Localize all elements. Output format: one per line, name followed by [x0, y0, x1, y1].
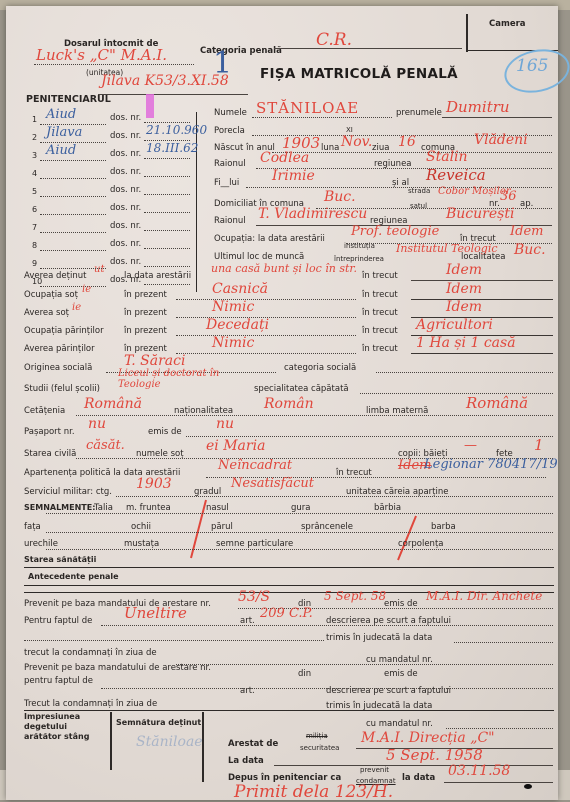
penitentiary-line	[40, 160, 106, 161]
la-data-value: 5 Sept. 1958	[386, 746, 483, 764]
ocupatia-parinti-label: Ocupația părinților	[24, 326, 104, 336]
porecla-label: Porecla	[214, 126, 245, 136]
sanatate-rule	[24, 567, 554, 568]
averea-sot-trecut-label: în trecut	[362, 308, 398, 318]
arestat-de-value: M.A.I. Direcția „C"	[361, 730, 495, 746]
arestat-label: Arestat de	[228, 739, 278, 749]
dos-nr-line	[144, 266, 190, 267]
raionul-value: Codlea	[260, 150, 309, 166]
penitentiary-line	[40, 214, 106, 215]
penitentiary-number: 6	[32, 205, 37, 214]
penitentiary-line	[40, 286, 106, 287]
depus-data-label: la data	[402, 773, 435, 783]
prevenit-status-label: prevenit	[360, 766, 389, 774]
averea-parinti-trecut-label: în trecut	[362, 344, 398, 354]
penitentiary-name: Aiud	[46, 143, 76, 158]
faptul-value: Uneltire	[124, 604, 187, 622]
semn-line-1	[46, 532, 553, 533]
prenumele-value: Dumitru	[446, 98, 510, 116]
dos-nr-line	[144, 284, 190, 285]
originea-label: Originea socială	[24, 363, 92, 373]
ocupatia-parinti-trecut-label: în trecut	[362, 326, 398, 336]
semn2-label-3: sprâncenele	[301, 522, 353, 532]
averea-parinti-trecut-value: 1 Ha și 1 casă	[416, 335, 516, 351]
numele-line	[252, 117, 392, 118]
baieti-value: —	[464, 438, 477, 453]
din-value: 5 Sept. 58	[324, 589, 386, 603]
faptul-line	[101, 625, 553, 626]
cu-mandatul2-line	[446, 728, 553, 729]
penitentiary-number: 3	[32, 151, 37, 160]
apartenenta-note: Legionar 780417/19	[424, 457, 558, 472]
penitentiary-name: Aiud	[46, 107, 76, 122]
semn-line-2	[46, 549, 553, 550]
camera-label: Camera	[489, 19, 526, 29]
ocupatia-parinti-trecut-value: Agricultori	[416, 317, 493, 333]
amprenta-label: Impresiunea degetului arătător stâng	[24, 712, 106, 742]
amprenta-divider	[110, 712, 112, 770]
semnalmente-title: SEMNALMENTE:	[24, 503, 95, 512]
semn-label-2: nasul	[206, 503, 229, 513]
depus-line	[444, 782, 553, 783]
semn3-label-2: semne particulare	[216, 539, 293, 549]
categoria-line	[274, 48, 462, 49]
dos-nr-label: dos. nr.	[110, 275, 141, 285]
trecut2-rule	[24, 710, 554, 711]
penitentiary-line	[40, 178, 106, 179]
penitentiary-number: 9	[32, 259, 37, 268]
semn3-label-0: urechile	[24, 539, 58, 549]
ink-dot	[524, 784, 532, 789]
trimis-line	[454, 642, 553, 643]
semn-label-3: gura	[291, 503, 311, 513]
luna-roman: XI	[346, 126, 353, 134]
regiunea2-value: București	[446, 206, 514, 222]
averea-parinti-label: Averea părinților	[24, 344, 95, 354]
ultimul-loc-label: Ultimul loc de muncă	[214, 252, 304, 262]
page-title: FIȘA MATRICOLĂ PENALĂ	[260, 66, 458, 82]
nationalitatea-value: Român	[264, 396, 314, 412]
penitentiary-number: 5	[32, 187, 37, 196]
specialitatea-label: specialitatea căpătată	[254, 384, 349, 394]
dos-nr-label: dos. nr.	[110, 185, 141, 195]
emis2-label: emis de	[384, 669, 418, 679]
dos-nr-value: 21.10.960	[146, 123, 207, 137]
primit-note: Primit dela 123/H.	[234, 782, 393, 800]
starea-value: căsăt.	[86, 438, 125, 453]
averea-sot-value: Nimic	[212, 299, 254, 315]
cetatenia-line	[76, 415, 553, 416]
averea-sot-label: Averea soț	[24, 308, 69, 318]
serviciul-label: Serviciul militar: ctg.	[24, 487, 112, 497]
averea-trecut-value: Idem	[446, 262, 482, 278]
penitentiary-line	[40, 232, 106, 233]
tatal-value: Irimie	[272, 168, 315, 184]
dos-nr-label: dos. nr.	[110, 257, 141, 267]
nr-value: 36	[500, 189, 517, 204]
institutia-label: instituția	[344, 242, 375, 250]
dosar-value: Luck's „C" M.A.I.	[36, 46, 167, 64]
penitentiary-line	[40, 250, 106, 251]
limba-value: Română	[466, 394, 528, 412]
numele-value: STĂNILOAE	[256, 99, 359, 117]
trecut-label: trecut la condamnați în ziua de	[24, 648, 157, 658]
ocupatia-value: Prof. teologie	[351, 224, 439, 239]
studii-label: Studii (felul școlii)	[24, 384, 100, 394]
prenumele-label: prenumele	[396, 108, 442, 118]
semnatura-label: Semnătura deținut	[116, 718, 201, 727]
dosar-line	[34, 64, 194, 65]
starea-label: Starea civilă	[24, 449, 76, 459]
depus-data-value: 03.11.58	[448, 763, 510, 779]
art-value: 209 C.P.	[260, 606, 313, 621]
averea-parinti-line	[176, 353, 356, 354]
semn3-label-3: corpolența	[398, 539, 443, 549]
domiciliu-value: Buc.	[324, 189, 356, 205]
averea-value: una casă bunt și loc în str.	[211, 262, 357, 275]
faptul2-label: pentru faptul de	[24, 676, 93, 686]
semn-label-4: bărbia	[374, 503, 401, 513]
emis-label: emis de	[148, 427, 182, 437]
ocupatia-parinti-line	[176, 335, 356, 336]
semn2-label-1: ochii	[131, 522, 151, 532]
categoria-sociala-label: categoria socială	[284, 363, 356, 373]
trecut-line	[176, 664, 553, 665]
averea-parinti-prezent-label: în prezent	[124, 344, 167, 354]
dos-nr-label: dos. nr.	[110, 167, 141, 177]
trecut2-label: Trecut la condamnați în ziua de	[24, 699, 157, 709]
ocupatia-parinti-prezent-label: în prezent	[124, 326, 167, 336]
ziua-value: 16	[398, 134, 416, 150]
averea-sot-trecut-value: Idem	[446, 299, 482, 315]
prenumele-line	[442, 117, 552, 118]
penitentiary-number: 10	[32, 277, 42, 286]
penitentiary-line	[40, 268, 106, 269]
dos-nr-line	[144, 248, 190, 249]
dos-nr-line	[144, 158, 190, 159]
cetatenia-label: Cetățenia	[24, 406, 65, 416]
averea-parinti-value: Nimic	[212, 335, 254, 351]
mandat-nr-value: 53/S	[238, 589, 270, 605]
militia-label: miliția	[306, 732, 328, 740]
penitentiary-number: 2	[32, 133, 37, 142]
penal-record-form: Dosarul întocmit de Luck's „C" M.A.I. (u…	[6, 6, 558, 800]
dos-nr-label: dos. nr.	[110, 131, 141, 141]
semn-line-0	[46, 513, 553, 514]
ocupatia-sot-trecut-value: Idem	[446, 281, 482, 297]
fapt-continue-line	[24, 640, 324, 641]
fete-value: 1	[534, 436, 544, 454]
localitatea-value: Buc.	[514, 242, 546, 258]
trimis-label: trimis în judecată la data	[326, 633, 432, 643]
cu-mandatul2-label: cu mandatul nr.	[366, 719, 433, 729]
semn-label-0: Talia	[94, 503, 113, 513]
ocupatia-label: Ocupația: la data arestării	[214, 234, 325, 244]
dos-nr-label: dos. nr.	[110, 239, 141, 249]
localitatea-label: localitatea	[461, 252, 505, 262]
faptul-label: Pentru faptul de	[24, 616, 92, 626]
dos-nr-line	[144, 230, 190, 231]
ocupatia-sot-prezent-label: în prezent	[124, 290, 167, 300]
penitenciarul-label: PENITENCIARUL	[26, 94, 111, 105]
semn-label-1: m. fruntea	[126, 503, 171, 513]
la-data-line	[274, 765, 553, 766]
penitentiary-number: 7	[32, 223, 37, 232]
emis-value: nu	[216, 416, 234, 432]
dos-nr-line	[144, 212, 190, 213]
dos-nr-label: dos. nr.	[110, 113, 141, 123]
raionul-label: Raionul	[214, 159, 246, 169]
semnatura-value: Stăniloae	[136, 734, 203, 750]
dos-nr-value: 18.III.62	[146, 141, 198, 155]
la-data-label: La data	[228, 756, 264, 766]
camera-box-left	[466, 14, 468, 52]
emis-de-value: M.A.I. Dir. Anchete	[426, 589, 542, 603]
penitentiary-number: 4	[32, 169, 37, 178]
pink-mark	[146, 94, 154, 118]
ocupatia-sot-value: Casnică	[212, 281, 268, 297]
fiul-label: Fi__lui	[214, 178, 239, 188]
penitenciarul-line	[98, 94, 248, 95]
securitatea-label: securitatea	[300, 744, 339, 752]
raionul2-label: Raionul	[214, 216, 246, 226]
dos-nr-label: dos. nr.	[110, 149, 141, 159]
gradul-value: Nesatisfăcut	[231, 476, 314, 491]
starea-sanatatii-label: Starea sănătății	[24, 555, 96, 564]
comuna-value: Vlădeni	[474, 132, 528, 148]
semn2-label-4: barba	[431, 522, 456, 532]
averea-sot-prezent-label: în prezent	[124, 308, 167, 318]
penitentiary-number: 1	[32, 115, 37, 124]
semn2-label-2: părul	[211, 522, 233, 532]
prevenit2-label: Prevenit pe baza mandatului de arestare …	[24, 663, 211, 673]
raionul2-value: T. Vladimirescu	[258, 206, 367, 222]
camera-stamp-value: 165	[516, 56, 548, 76]
penitentiary-name: Jilava	[46, 125, 82, 140]
regiunea-value: Stalin	[426, 149, 468, 165]
averea-sot-who: ie	[72, 302, 81, 313]
categoria-value: C.R.	[316, 30, 352, 50]
serviciul-line	[116, 496, 553, 497]
ocupatia-sot-line	[176, 299, 356, 300]
studii-value: Liceul și doctorat în Teologie	[118, 368, 258, 390]
pasaport-value: nu	[88, 416, 106, 432]
ocupatia-sot-who: ie	[82, 284, 91, 295]
ocupatia-sot-label: Ocupația soț	[24, 290, 78, 300]
penitentiary-number: 8	[32, 241, 37, 250]
ocupatia-parinti-value: Decedați	[206, 317, 269, 333]
numele-label: Numele	[214, 108, 247, 118]
antecedente-rule	[24, 585, 554, 586]
dos-nr-label: dos. nr.	[110, 221, 141, 231]
cetatenia-value: Română	[84, 396, 142, 412]
penitentiary-line	[40, 196, 106, 197]
pasaport-line	[186, 436, 553, 437]
ocupatia-sot-trecut-label: în trecut	[362, 290, 398, 300]
ocupatia-trecut-value: Idem	[510, 224, 543, 239]
semn2-label-0: fața	[24, 522, 41, 532]
penitenciarul-value: Jilava K53/3.XI.58	[101, 73, 229, 89]
luna-value: Nov.	[341, 134, 372, 150]
apartenenta-value: Neîncadrat	[218, 458, 292, 473]
averea-who: ut	[94, 264, 104, 275]
din2-label: din	[298, 669, 311, 679]
categoria-sociala-line	[376, 372, 553, 373]
nascut-line	[272, 152, 552, 153]
semnatura-divider	[202, 712, 204, 782]
column-divider	[196, 112, 197, 292]
semn3-label-1: mustața	[124, 539, 159, 549]
mama-value: Reveica	[426, 166, 486, 184]
strada-label: strada	[408, 187, 430, 195]
pasaport-label: Pașaport nr.	[24, 427, 75, 437]
averea-trecut-label: în trecut	[362, 271, 398, 281]
averea-parinti-trecut-line	[411, 353, 553, 354]
ctg-value: 1903	[136, 476, 172, 492]
dos-nr-line	[144, 194, 190, 195]
numele-sot-value: ei Maria	[206, 438, 265, 454]
originea-value: T. Săraci	[124, 353, 185, 369]
dos-nr-label: dos. nr.	[110, 203, 141, 213]
faptul2-line	[101, 688, 553, 689]
dos-nr-line	[144, 176, 190, 177]
antecedente-title: Antecedente penale	[28, 572, 119, 581]
